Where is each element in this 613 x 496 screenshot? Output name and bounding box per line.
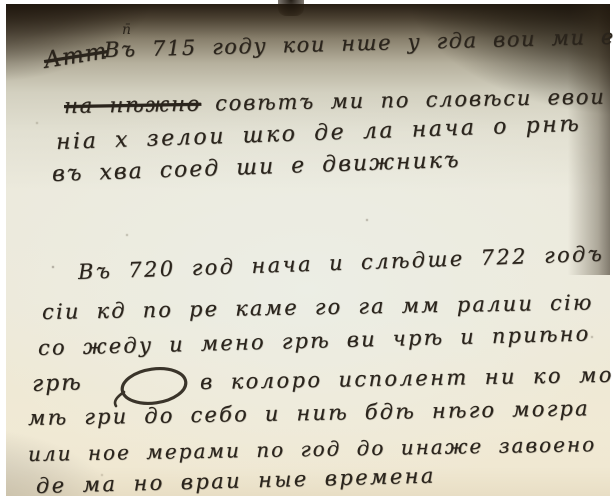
handwriting-line-p2-1: Въ 720 год нача и слѣдше 722 годъ [78, 242, 605, 284]
manuscript-page-photo: Атт п̄ Въ 715 году кои нше у гда вои ми … [6, 4, 610, 496]
handwriting-line-p2-4a: грѣ [32, 370, 83, 397]
handwriting-line-p1-3: ніа х зелои шко де ла нача о рнѣ [56, 112, 582, 155]
dark-tab-top-center [278, 0, 304, 16]
struck-word: Атт [42, 38, 109, 74]
handwriting-line-p2-3: со жеду и мено грѣ ви чрѣ и приѣно [38, 322, 591, 360]
handwriting-line-p2-6: или ное мерами по год до инаже завоено [28, 432, 597, 466]
handwriting-line-p1-1: Въ 715 году кои нше у гда вои ми ерхоре [104, 23, 613, 62]
handwriting-line-p2-7: де ма но враи ные времена [36, 464, 436, 496]
handwriting-text: совѣтъ ми по словѣси евои чимо на [215, 82, 613, 115]
paper-speckles [6, 4, 8, 6]
struck-word-text: на нѣжно [64, 92, 202, 118]
handwriting-line-p2-2: сіи кд по ре каме го га мм ралии сію [42, 290, 594, 324]
handwriting-line-p2-4b: в колоро исполент ни ко моноса [200, 362, 613, 394]
titlo-mark: п̄ [122, 22, 131, 38]
handwriting-line-p1-4: въ хва соед ши е движникъ [52, 148, 461, 187]
struck-word-text: Атт [42, 38, 109, 74]
